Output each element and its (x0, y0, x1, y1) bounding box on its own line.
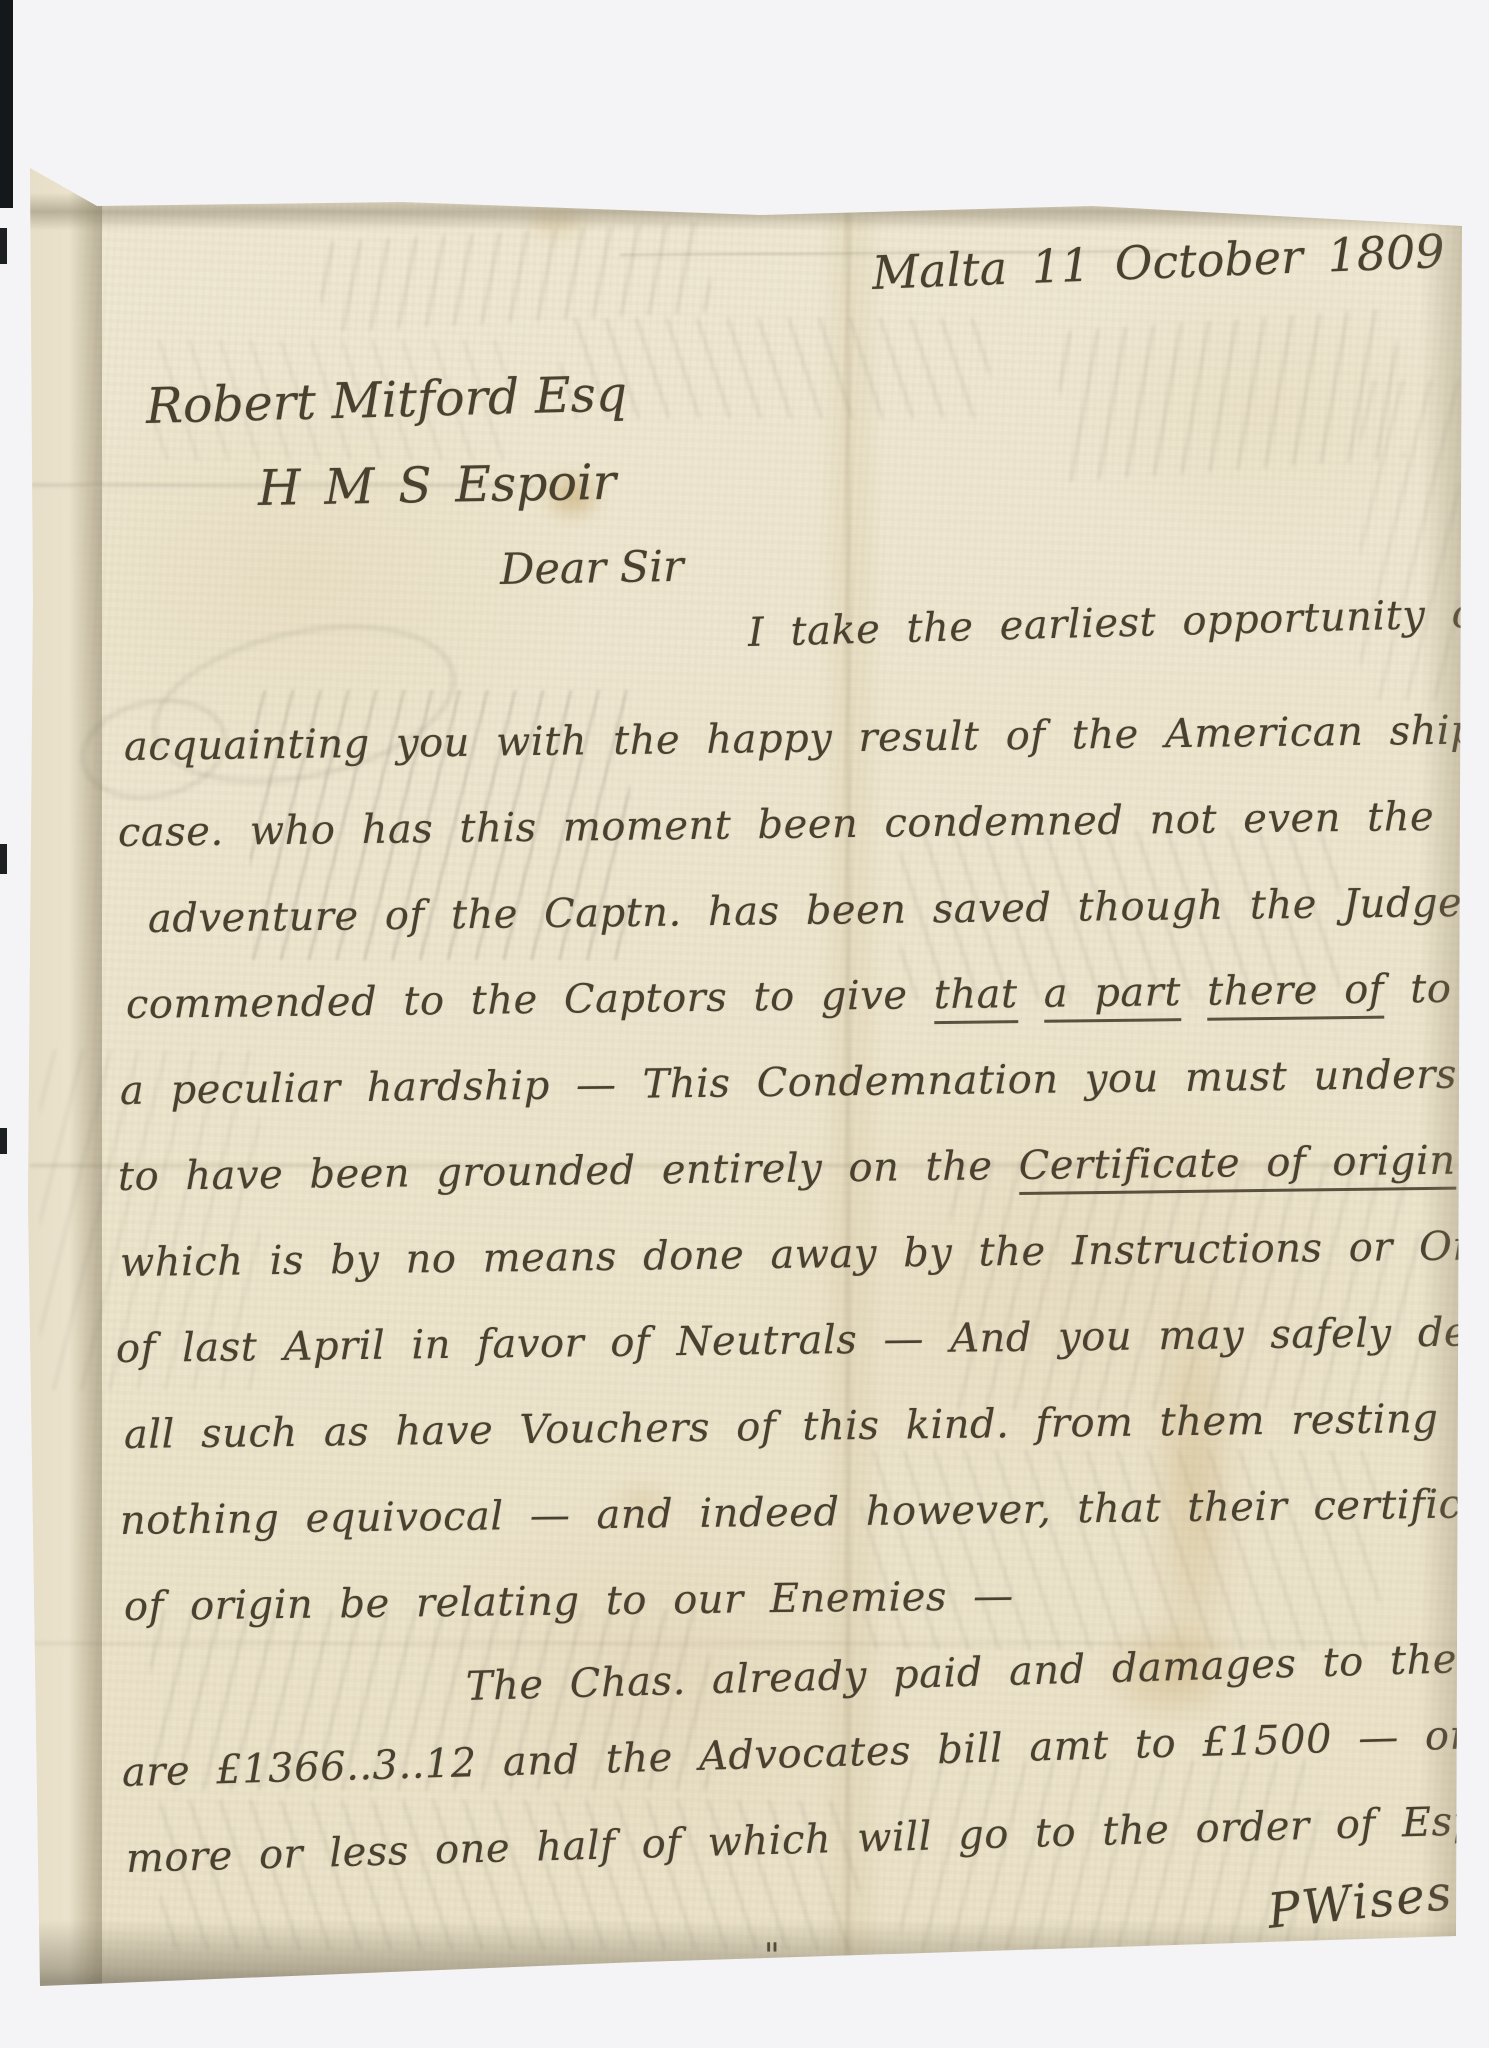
letter-paper: Malta 11 October 1809 Robert Mitford Esq… (0, 0, 1489, 2048)
paper-edge-shadow (1420, 200, 1462, 1945)
underlined-word: a part (1043, 969, 1181, 1023)
struck-out-word: her (1464, 1395, 1489, 1442)
body-text (1017, 971, 1044, 1017)
paper-edge-shadow (28, 1890, 1462, 1990)
underlined-word: that (933, 971, 1017, 1024)
recipient-ship: H M S Espoir (258, 454, 617, 517)
underlined-word: there of (1207, 967, 1385, 1021)
scan-edge-artifact (0, 228, 7, 264)
scanned-letter-page: Malta 11 October 1809 Robert Mitford Esq… (0, 0, 1489, 2048)
underlined-phrase: Certificate of origin (1018, 1138, 1455, 1195)
salutation: Dear Sir (500, 542, 684, 595)
body-text: — (1455, 1137, 1489, 1184)
scan-edge-artifact (0, 844, 7, 874)
scan-edge-artifact (0, 1128, 7, 1154)
paper-edge-shadow (28, 160, 1462, 242)
body-text (1181, 969, 1208, 1015)
body-text: commended to the Captors to give (126, 972, 934, 1028)
scan-edge-artifact (0, 0, 13, 208)
bleedthrough-mark (1055, 308, 1405, 481)
